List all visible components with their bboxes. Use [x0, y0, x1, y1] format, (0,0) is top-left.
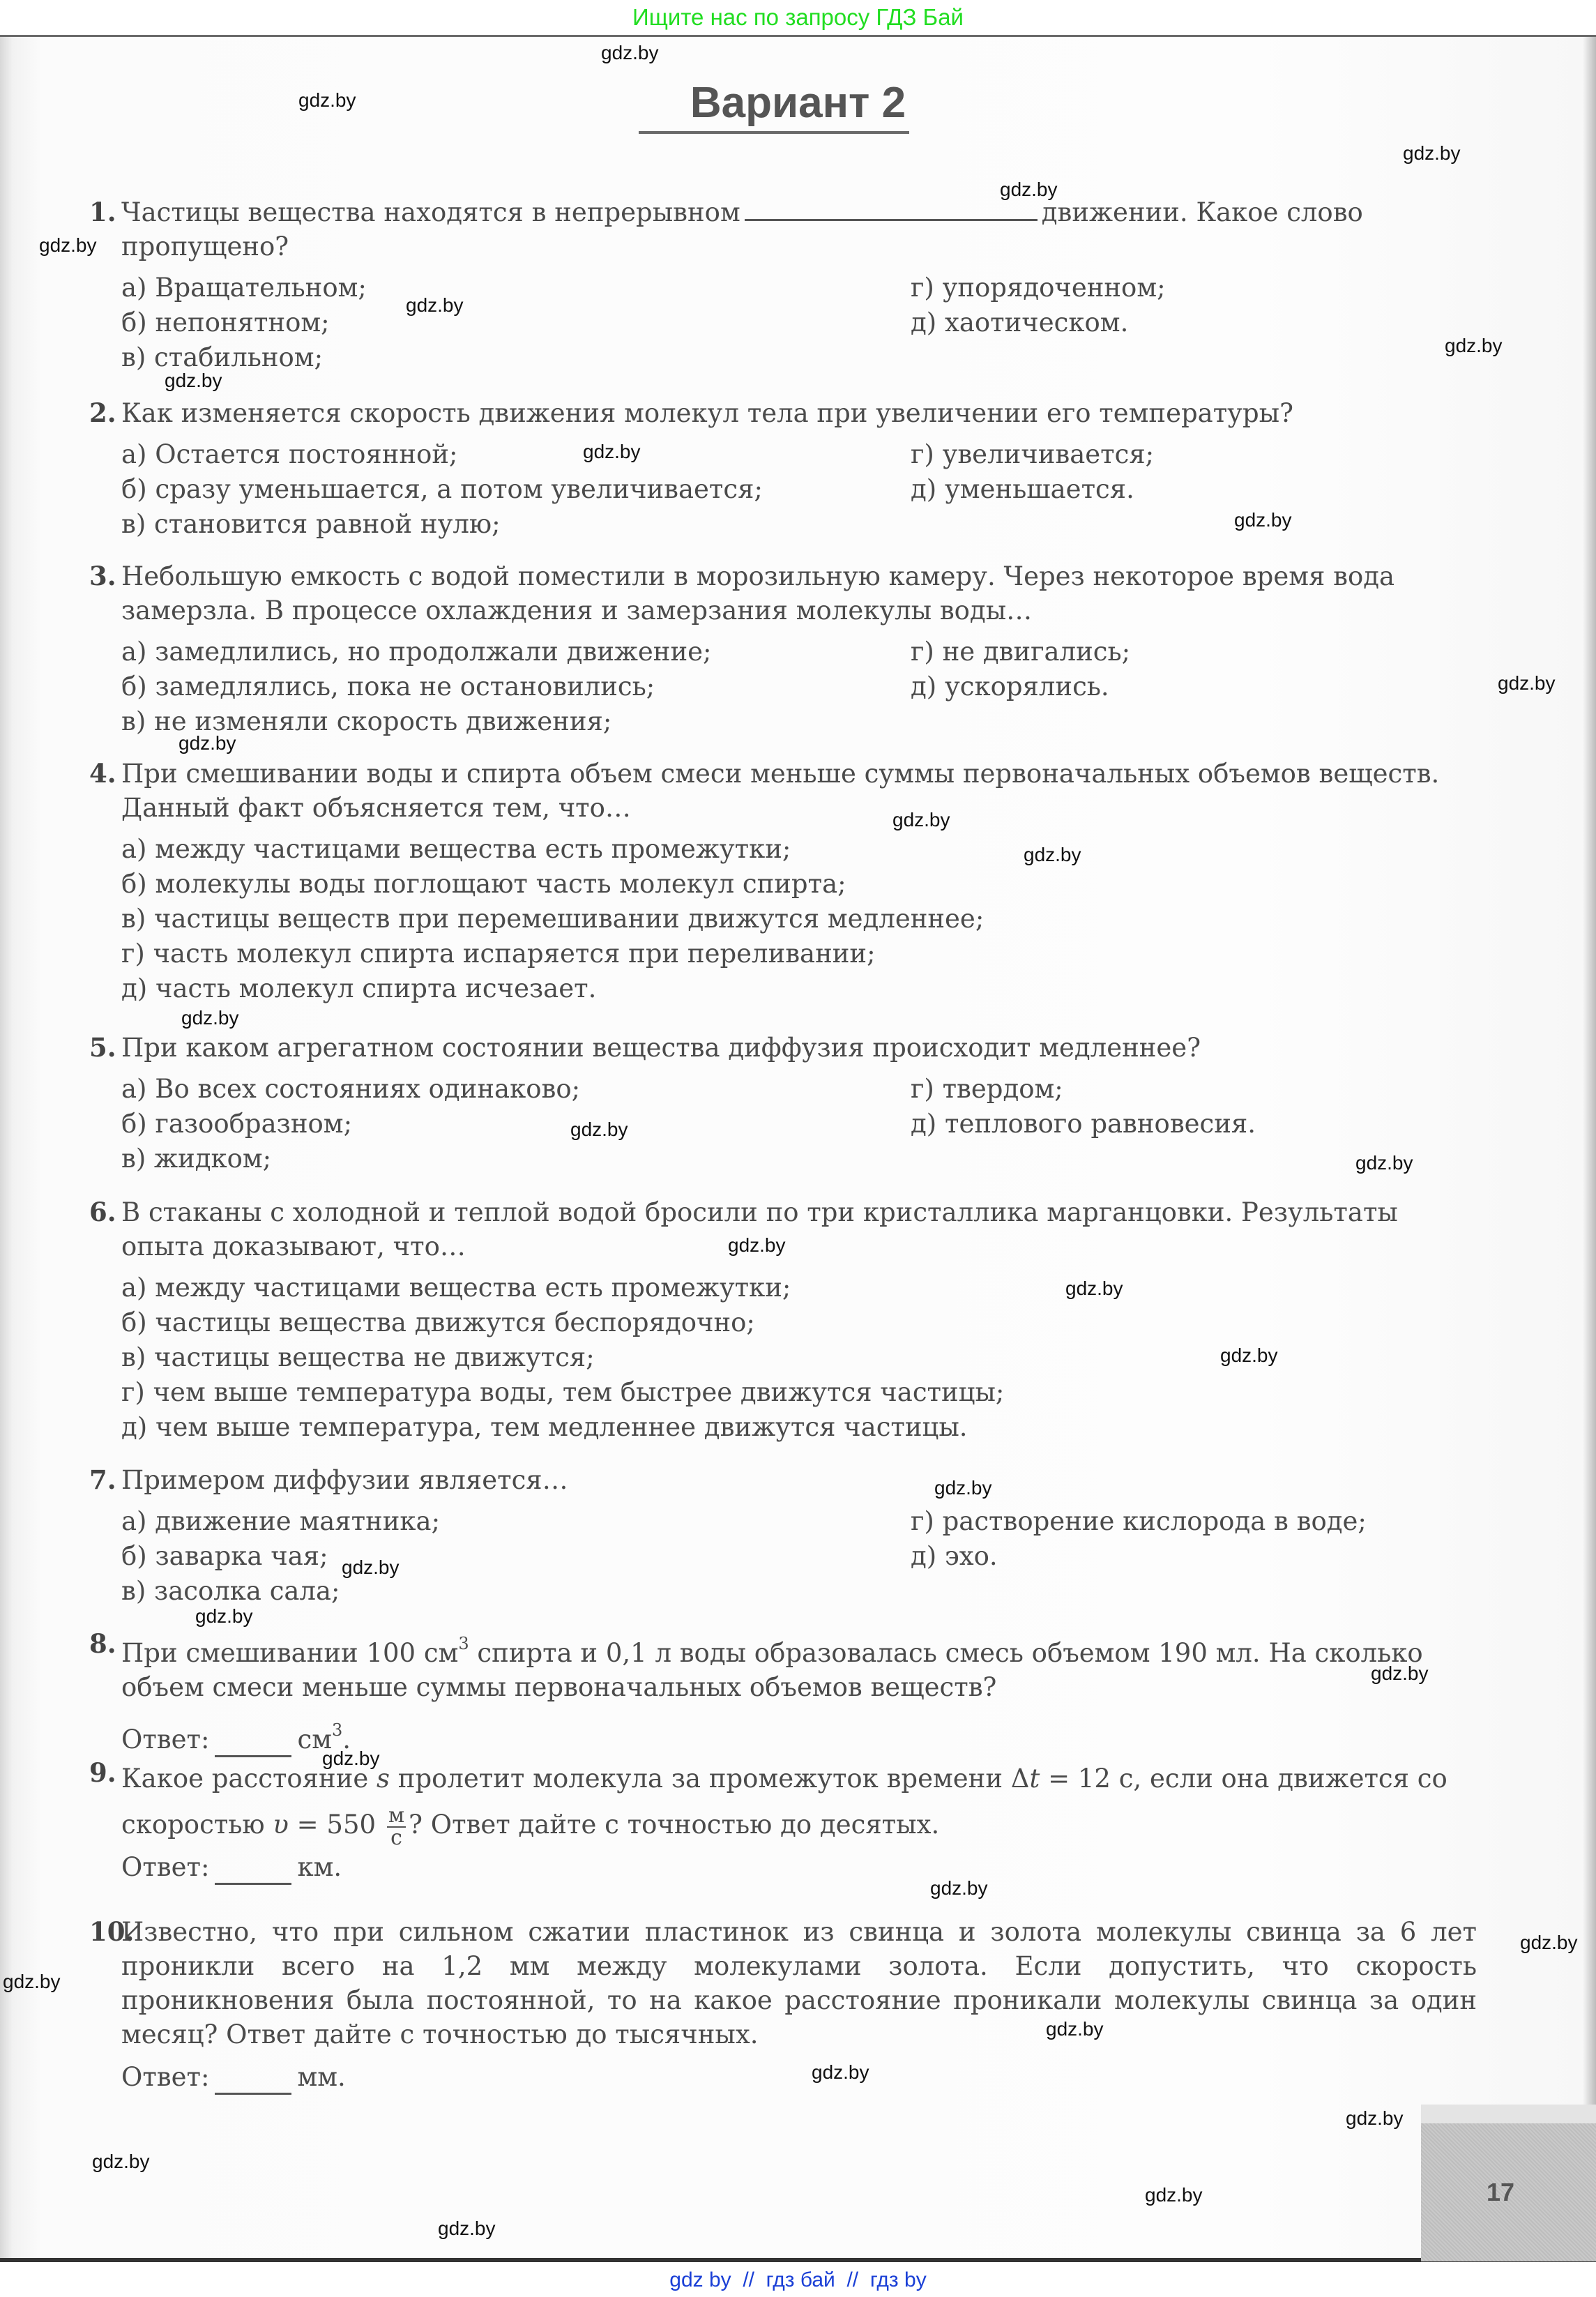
- question-5: 5. При каком агрегатном состоянии вещест…: [89, 1031, 1484, 1176]
- option[interactable]: д) чем выше температура, тем медленнее д…: [121, 1410, 1446, 1445]
- option[interactable]: а) замедлились, но продолжали движение;: [121, 635, 911, 669]
- question-text: Небольшую емкость с водой поместили в мо…: [121, 559, 1484, 628]
- question-number: 5.: [89, 1031, 116, 1065]
- watermark: gdz.by: [1520, 1932, 1578, 1954]
- watermark: gdz.by: [570, 1119, 628, 1141]
- option[interactable]: б) газообразном;: [121, 1107, 911, 1142]
- watermark: gdz.by: [195, 1605, 253, 1628]
- question-text: При каком агрегатном состоянии вещества …: [121, 1031, 1484, 1065]
- watermark: gdz.by: [934, 1477, 992, 1499]
- question-3: 3. Небольшую емкость с водой поместили в…: [89, 559, 1484, 739]
- watermark: gdz.by: [1346, 2107, 1404, 2130]
- title-underline: [639, 131, 909, 134]
- option[interactable]: г) растворение кислорода в воде;: [911, 1504, 1510, 1539]
- question-number: 1.: [89, 195, 116, 229]
- question-9: 9. Какое расстояние s пролетит молекула …: [89, 1756, 1484, 1885]
- answer-label: Ответ:: [121, 2062, 209, 2092]
- option[interactable]: д) ускорялись.: [911, 669, 1510, 704]
- option[interactable]: б) частицы вещества движутся беспорядочн…: [121, 1305, 1446, 1340]
- option[interactable]: а) Вращательном;: [121, 271, 911, 305]
- question-number: 8.: [89, 1627, 116, 1661]
- watermark: gdz.by: [181, 1007, 239, 1029]
- question-number: 6.: [89, 1195, 116, 1229]
- question-number: 7.: [89, 1463, 116, 1497]
- option[interactable]: б) заварка чая;: [121, 1539, 911, 1574]
- options: а) Вращательном; г) упорядоченном; б) не…: [121, 271, 1484, 375]
- question-8: 8. При смешивании 100 см3 спирта и 0,1 л…: [89, 1627, 1484, 1757]
- option[interactable]: в) частицы веществ при перемешивании дви…: [121, 902, 1446, 937]
- watermark: gdz.by: [1498, 672, 1556, 695]
- watermark: gdz.by: [1355, 1152, 1413, 1174]
- top-banner[interactable]: Ищите нас по запросу ГДЗ Бай: [0, 0, 1596, 35]
- watermark: gdz.by: [1445, 335, 1503, 357]
- answer-line: Ответ:км.: [121, 1850, 1484, 1885]
- watermark: gdz.by: [1234, 509, 1292, 531]
- question-text: Известно, что при сильном сжатии пластин…: [121, 1915, 1477, 2052]
- answer-input[interactable]: [215, 1727, 291, 1757]
- page-tab-accent: [1421, 2105, 1596, 2125]
- question-number: 2.: [89, 396, 116, 430]
- watermark: gdz.by: [583, 441, 641, 463]
- answer-input[interactable]: [215, 2065, 291, 2095]
- watermark: gdz.by: [298, 89, 356, 112]
- options: а) Во всех состояниях одинаково; г) твер…: [121, 1072, 1484, 1176]
- answer-input[interactable]: [215, 1855, 291, 1885]
- watermark: gdz.by: [812, 2061, 869, 2084]
- options: а) движение маятника; г) растворение кис…: [121, 1504, 1484, 1609]
- option[interactable]: г) упорядоченном;: [911, 271, 1510, 305]
- option[interactable]: а) между частицами вещества есть промежу…: [121, 832, 1446, 867]
- watermark: gdz.by: [322, 1748, 380, 1770]
- watermark: gdz.by: [1220, 1344, 1278, 1367]
- watermark: gdz.by: [178, 732, 236, 755]
- watermark: gdz.by: [728, 1234, 786, 1257]
- watermark: gdz.by: [1000, 179, 1058, 201]
- watermark: gdz.by: [3, 1971, 61, 1993]
- question-1: 1. Частицы вещества находятся в непрерыв…: [89, 195, 1484, 375]
- watermark: gdz.by: [1371, 1662, 1429, 1685]
- watermark: gdz.by: [1046, 2018, 1104, 2040]
- option[interactable]: д) часть молекул спирта исчезает.: [121, 971, 1446, 1006]
- question-4: 4. При смешивании воды и спирта объем см…: [89, 757, 1484, 1006]
- watermark: gdz.by: [92, 2151, 150, 2173]
- page-number: 17: [1421, 2178, 1580, 2207]
- option[interactable]: д) хаотическом.: [911, 305, 1510, 340]
- option[interactable]: а) движение маятника;: [121, 1504, 911, 1539]
- question-7: 7. Примером диффузии является… а) движен…: [89, 1463, 1484, 1609]
- answer-label: Ответ:: [121, 1852, 209, 1882]
- question-number: 3.: [89, 559, 116, 593]
- option[interactable]: б) молекулы воды поглощают часть молекул…: [121, 867, 1446, 902]
- options: а) между частицами вещества есть промежу…: [121, 1271, 1484, 1445]
- question-10: 10. Известно, что при сильном сжатии пла…: [89, 1915, 1477, 2095]
- option[interactable]: а) Остается постоянной;: [121, 437, 911, 472]
- question-text: Частицы вещества находятся в непрерывном…: [121, 195, 1484, 264]
- question-number: 9.: [89, 1756, 116, 1790]
- bottom-banner[interactable]: gdz by // гдз бай // гдз by: [0, 2264, 1596, 2297]
- watermark: gdz.by: [406, 294, 464, 317]
- question-text: Примером диффузии является…: [121, 1463, 1484, 1497]
- watermark: gdz.by: [1065, 1278, 1123, 1300]
- option[interactable]: в) жидком;: [121, 1142, 911, 1176]
- watermark: gdz.by: [930, 1877, 988, 1900]
- question-6: 6. В стаканы с холодной и теплой водой б…: [89, 1195, 1484, 1445]
- question-text: При смешивании воды и спирта объем смеси…: [121, 757, 1484, 825]
- watermark: gdz.by: [1145, 2184, 1203, 2206]
- velocity-unit-fraction: мс: [387, 1805, 406, 1849]
- option[interactable]: г) часть молекул спирта испаряется при п…: [121, 937, 1446, 971]
- options: а) замедлились, но продолжали движение; …: [121, 635, 1484, 739]
- option[interactable]: г) увеличивается;: [911, 437, 1510, 472]
- question-text: В стаканы с холодной и теплой водой брос…: [121, 1195, 1484, 1264]
- answer-unit: мм.: [297, 2062, 345, 2092]
- watermark: gdz.by: [601, 42, 659, 64]
- option[interactable]: а) между частицами вещества есть промежу…: [121, 1271, 1446, 1305]
- fill-in-blank[interactable]: [745, 198, 1038, 221]
- option[interactable]: а) Во всех состояниях одинаково;: [121, 1072, 911, 1107]
- option[interactable]: г) не двигались;: [911, 635, 1510, 669]
- watermark: gdz.by: [1403, 142, 1461, 165]
- question-text: Как изменяется скорость движения молекул…: [121, 396, 1484, 430]
- option[interactable]: в) не изменяли скорость движения;: [121, 704, 911, 739]
- question-text: При смешивании 100 см3 спирта и 0,1 л во…: [121, 1627, 1484, 1704]
- option[interactable]: в) стабильном;: [121, 340, 911, 375]
- option[interactable]: б) непонятном;: [121, 305, 911, 340]
- answer-unit: км.: [297, 1852, 342, 1882]
- options: а) между частицами вещества есть промежу…: [121, 832, 1484, 1006]
- option[interactable]: д) эхо.: [911, 1539, 1510, 1574]
- question-number: 4.: [89, 757, 116, 791]
- option[interactable]: в) становится равной нулю;: [121, 507, 911, 542]
- watermark: gdz.by: [165, 370, 222, 392]
- option[interactable]: б) сразу уменьшается, а потом увеличивае…: [121, 472, 911, 507]
- answer-label: Ответ:: [121, 1724, 209, 1754]
- watermark: gdz.by: [892, 809, 950, 831]
- option[interactable]: д) теплового равновесия.: [911, 1107, 1510, 1142]
- watermark: gdz.by: [39, 234, 97, 257]
- watermark: gdz.by: [438, 2218, 496, 2240]
- option[interactable]: б) замедлялись, пока не остановились;: [121, 669, 911, 704]
- question-number: 10.: [89, 1915, 134, 1949]
- watermark: gdz.by: [342, 1556, 400, 1579]
- answer-line: Ответ:мм.: [121, 2060, 1477, 2095]
- option[interactable]: в) засолка сала;: [121, 1574, 911, 1609]
- option[interactable]: г) твердом;: [911, 1072, 1510, 1107]
- option[interactable]: д) уменьшается.: [911, 472, 1510, 507]
- watermark: gdz.by: [1024, 844, 1081, 866]
- page-title: Вариант 2: [0, 78, 1596, 128]
- option[interactable]: г) чем выше температура воды, тем быстре…: [121, 1375, 1446, 1410]
